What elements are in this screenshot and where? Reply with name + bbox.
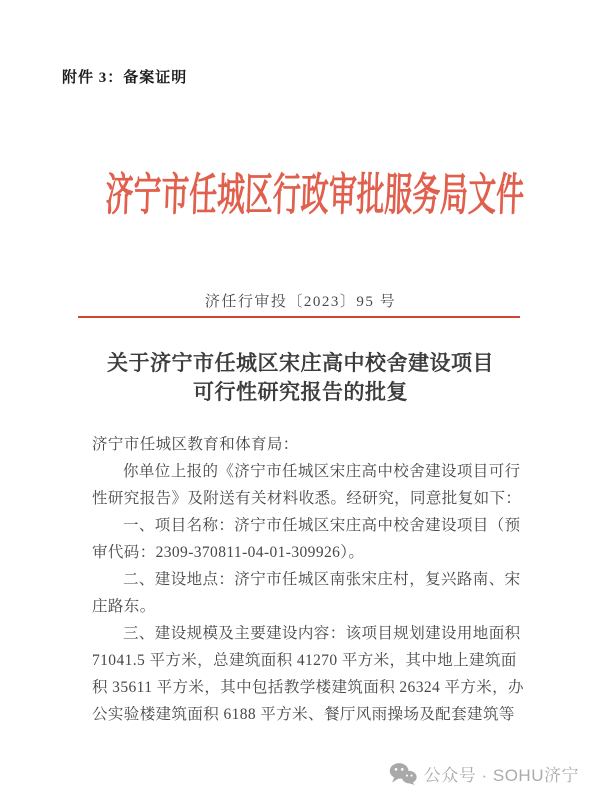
attachment-label: 附件 3：备案证明 (62, 66, 187, 87)
document-number: 济任行审投〔2023〕95 号 (0, 290, 601, 311)
body-line: 性研究报告》及附送有关材料收悉。经研究，同意批复如下： (92, 485, 522, 512)
body-line: 公实验楼建筑面积 6188 平方米、餐厅风雨操场及配套建筑等 (92, 701, 522, 728)
wechat-icon (389, 762, 417, 786)
body-line: 一、项目名称：济宁市任城区宋庄高中校舍建设项目（预 (92, 512, 522, 539)
body-line: 庄路东。 (92, 593, 522, 620)
document-title-line-2: 可行性研究报告的批复 (0, 378, 601, 407)
document-title: 关于济宁市任城区宋庄高中校舍建设项目 可行性研究报告的批复 (0, 349, 601, 407)
body-line: 审代码：2309-370811-04-01-309926）。 (92, 539, 522, 566)
footer-account-badge: 公众号 · SOHU济宁 (389, 761, 579, 786)
document-body: 济宁市任城区教育和体育局： 你单位上报的《济宁市任城区宋庄高中校舍建设项目可行 … (92, 431, 522, 728)
body-line: 三、建设规模及主要建设内容：该项目规划建设用地面积 (92, 620, 522, 647)
body-line: 二、建设地点：济宁市任城区南张宋庄村，复兴路南、宋 (92, 566, 522, 593)
body-line: 71041.5 平方米，总建筑面积 41270 平方米，其中地上建筑面 (92, 647, 522, 674)
agency-banner-title: 济宁市任城区行政审批服务局文件 (105, 158, 452, 223)
footer-account-label: 公众号 · SOHU济宁 (424, 761, 579, 786)
body-line: 你单位上报的《济宁市任城区宋庄高中校舍建设项目可行 (92, 458, 522, 485)
body-line: 积 35611 平方米，其中包括教学楼建筑面积 26324 平方米，办 (92, 674, 522, 701)
body-line: 济宁市任城区教育和体育局： (92, 431, 522, 458)
document-page: 附件 3：备案证明 济宁市任城区行政审批服务局文件 济任行审投〔2023〕95 … (0, 0, 601, 801)
document-title-line-1: 关于济宁市任城区宋庄高中校舍建设项目 (0, 349, 601, 378)
red-divider-rule (78, 316, 520, 318)
